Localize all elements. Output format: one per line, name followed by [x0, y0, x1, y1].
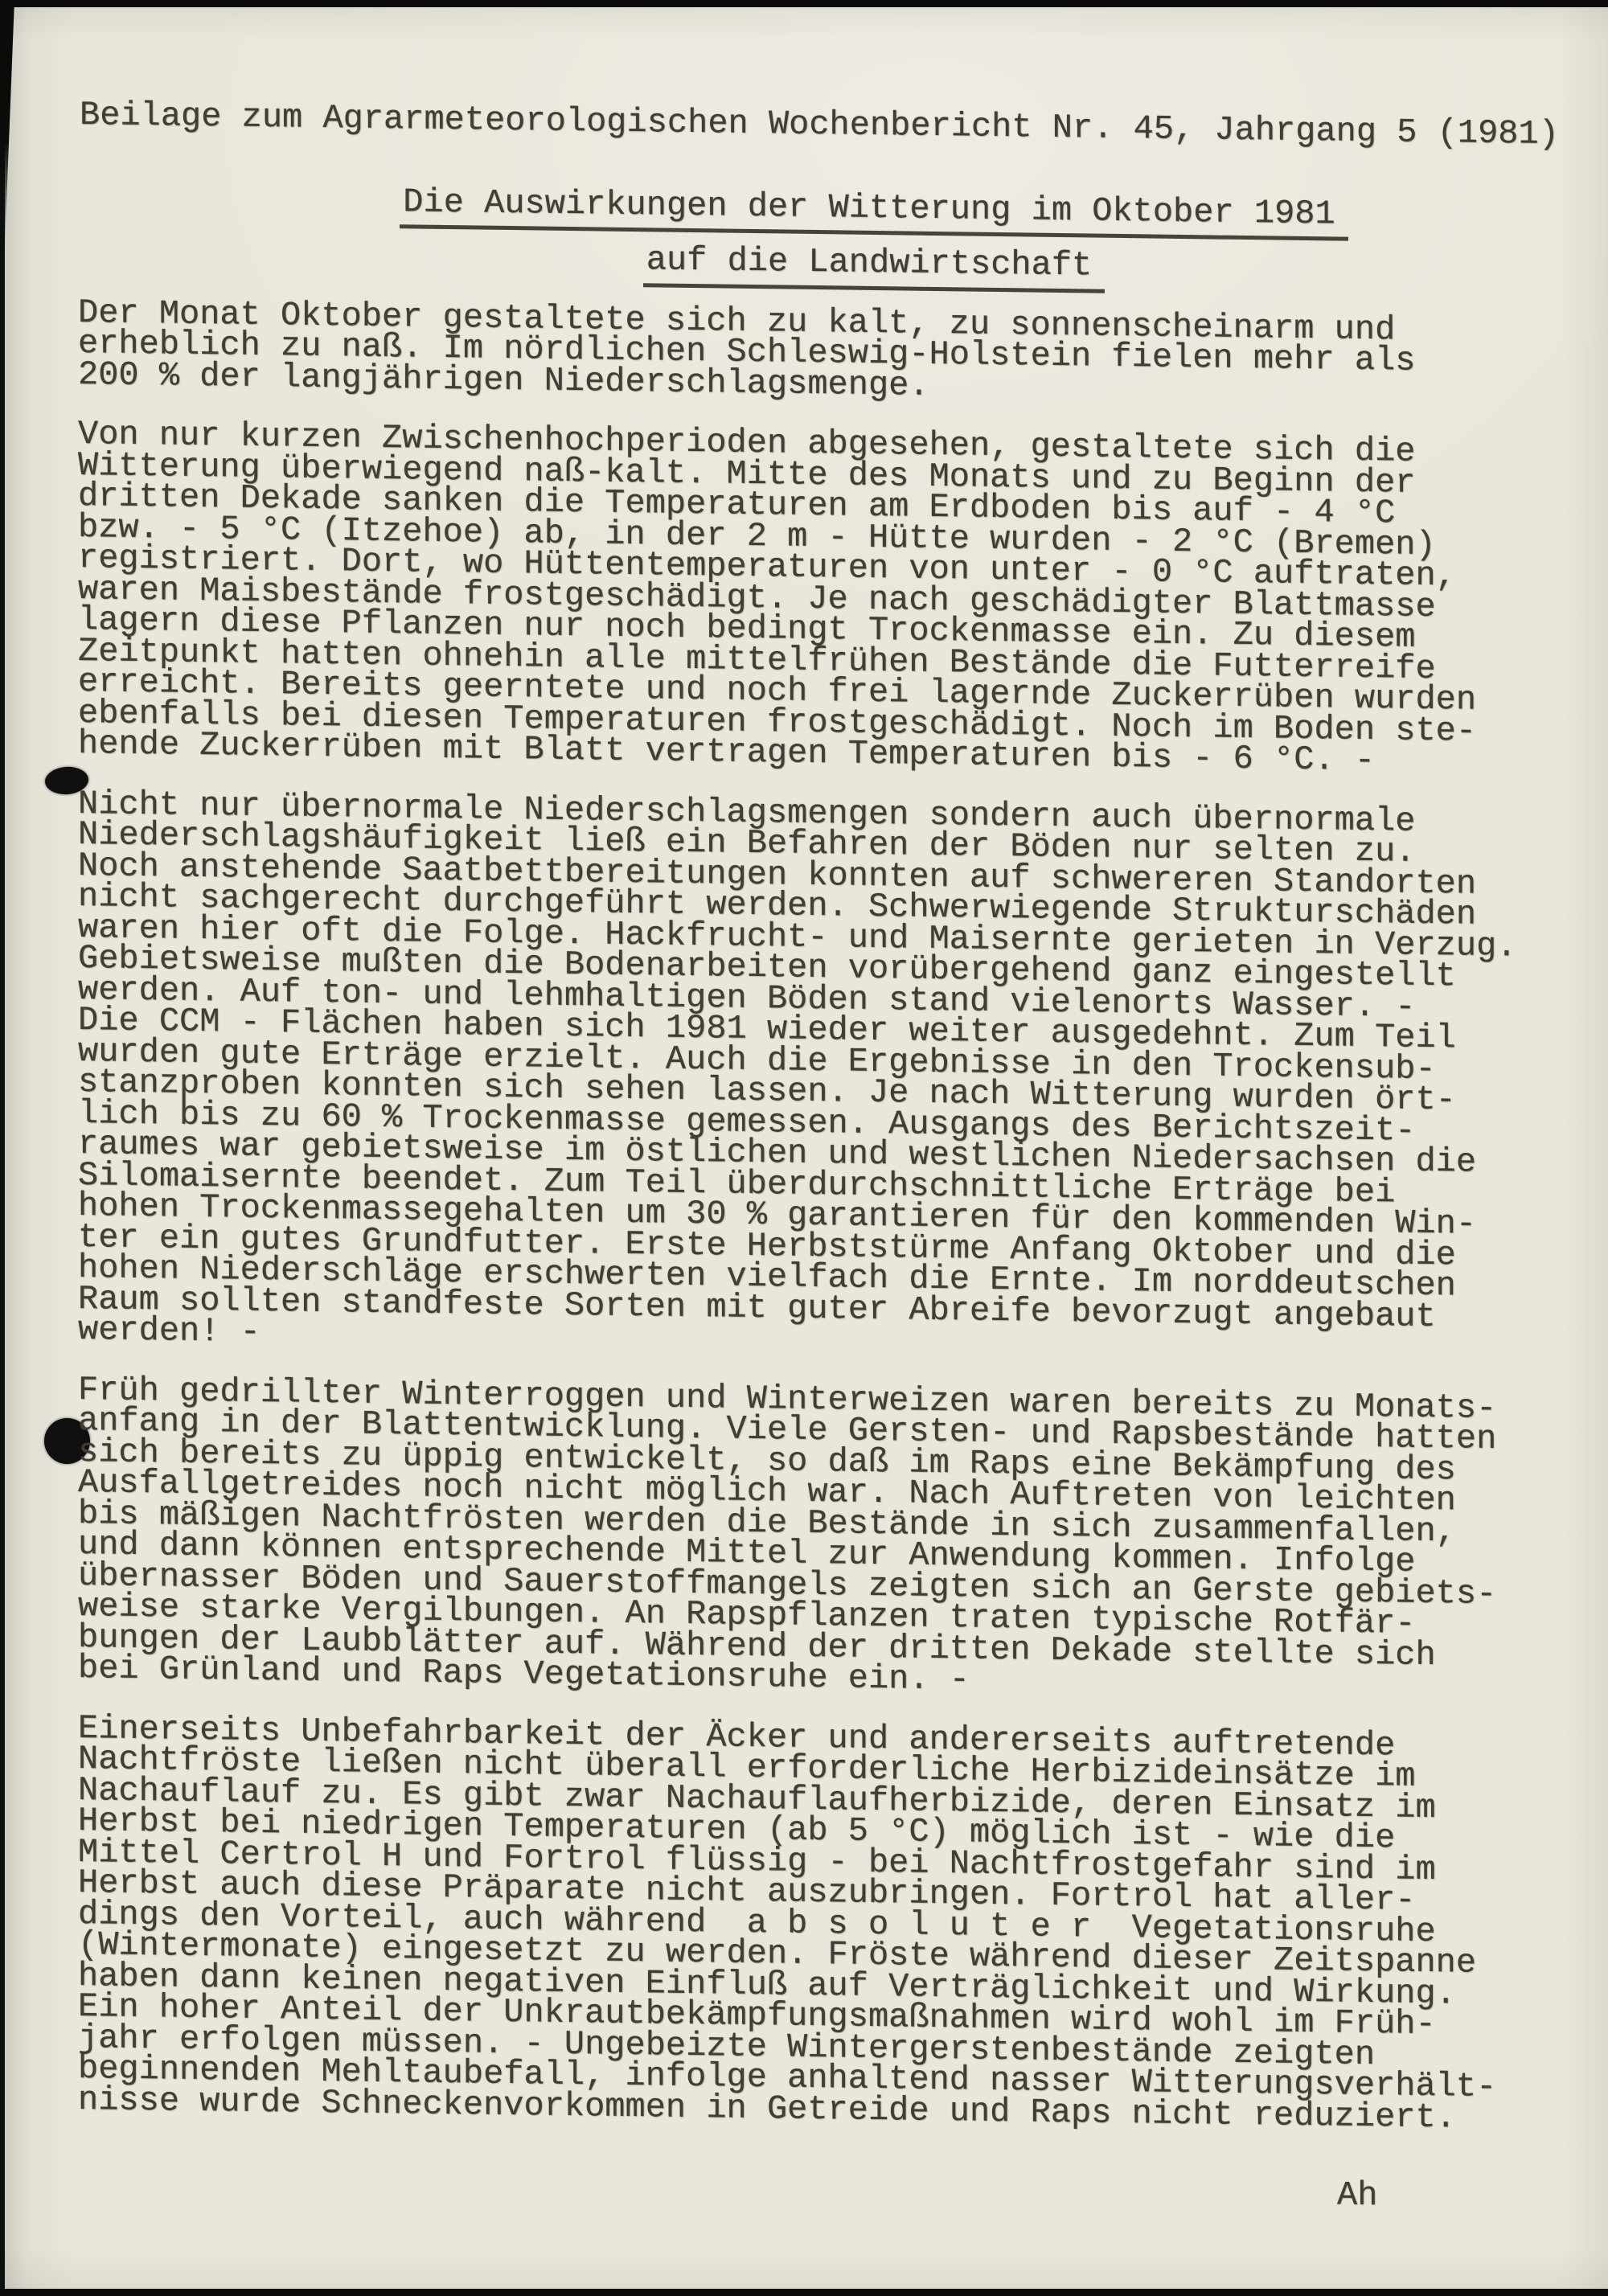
document-header: Beilage zum Agrarmeteorologischen Wochen… [80, 100, 1581, 150]
scan-edge-bottom [0, 2289, 1608, 2296]
title-line-1: Die Auswirkungen der Witterung im Oktobe… [400, 187, 1348, 241]
signature-initials: Ah [78, 2163, 1581, 2214]
paragraph-weather-summary: Der Monat Oktober gestaltete sich zu kal… [78, 297, 1581, 410]
title-line-2: auf die Landwirtschaft [643, 244, 1105, 293]
scanned-document-page: Beilage zum Agrarmeteorologischen Wochen… [0, 0, 1608, 2296]
title-row: Die Auswirkungen der Witterung im Oktobe… [122, 182, 1608, 244]
scan-edge-corner [0, 0, 14, 257]
scan-edge-top [0, 0, 1608, 7]
document-body: Der Monat Oktober gestaltete sich zu kal… [78, 297, 1581, 2135]
title-row: auf die Landwirtschaft [122, 238, 1608, 300]
document-title: Die Auswirkungen der Witterung im Oktobe… [122, 182, 1608, 299]
paragraph-herbicides: Einerseits Unbefahrbarkeit der Äcker und… [78, 1713, 1581, 2135]
paragraph-frost-damage: Von nur kurzen Zwischenhochperioden abge… [78, 419, 1581, 779]
document-content: Beilage zum Agrarmeteorologischen Wochen… [78, 100, 1581, 2214]
paragraph-winter-crops: Früh gedrillter Winterroggen und Winterw… [78, 1375, 1581, 1704]
scan-edge-left [0, 0, 5, 2296]
paragraph-soil-and-harvest: Nicht nur übernormale Niederschlagsmenge… [78, 789, 1581, 1365]
